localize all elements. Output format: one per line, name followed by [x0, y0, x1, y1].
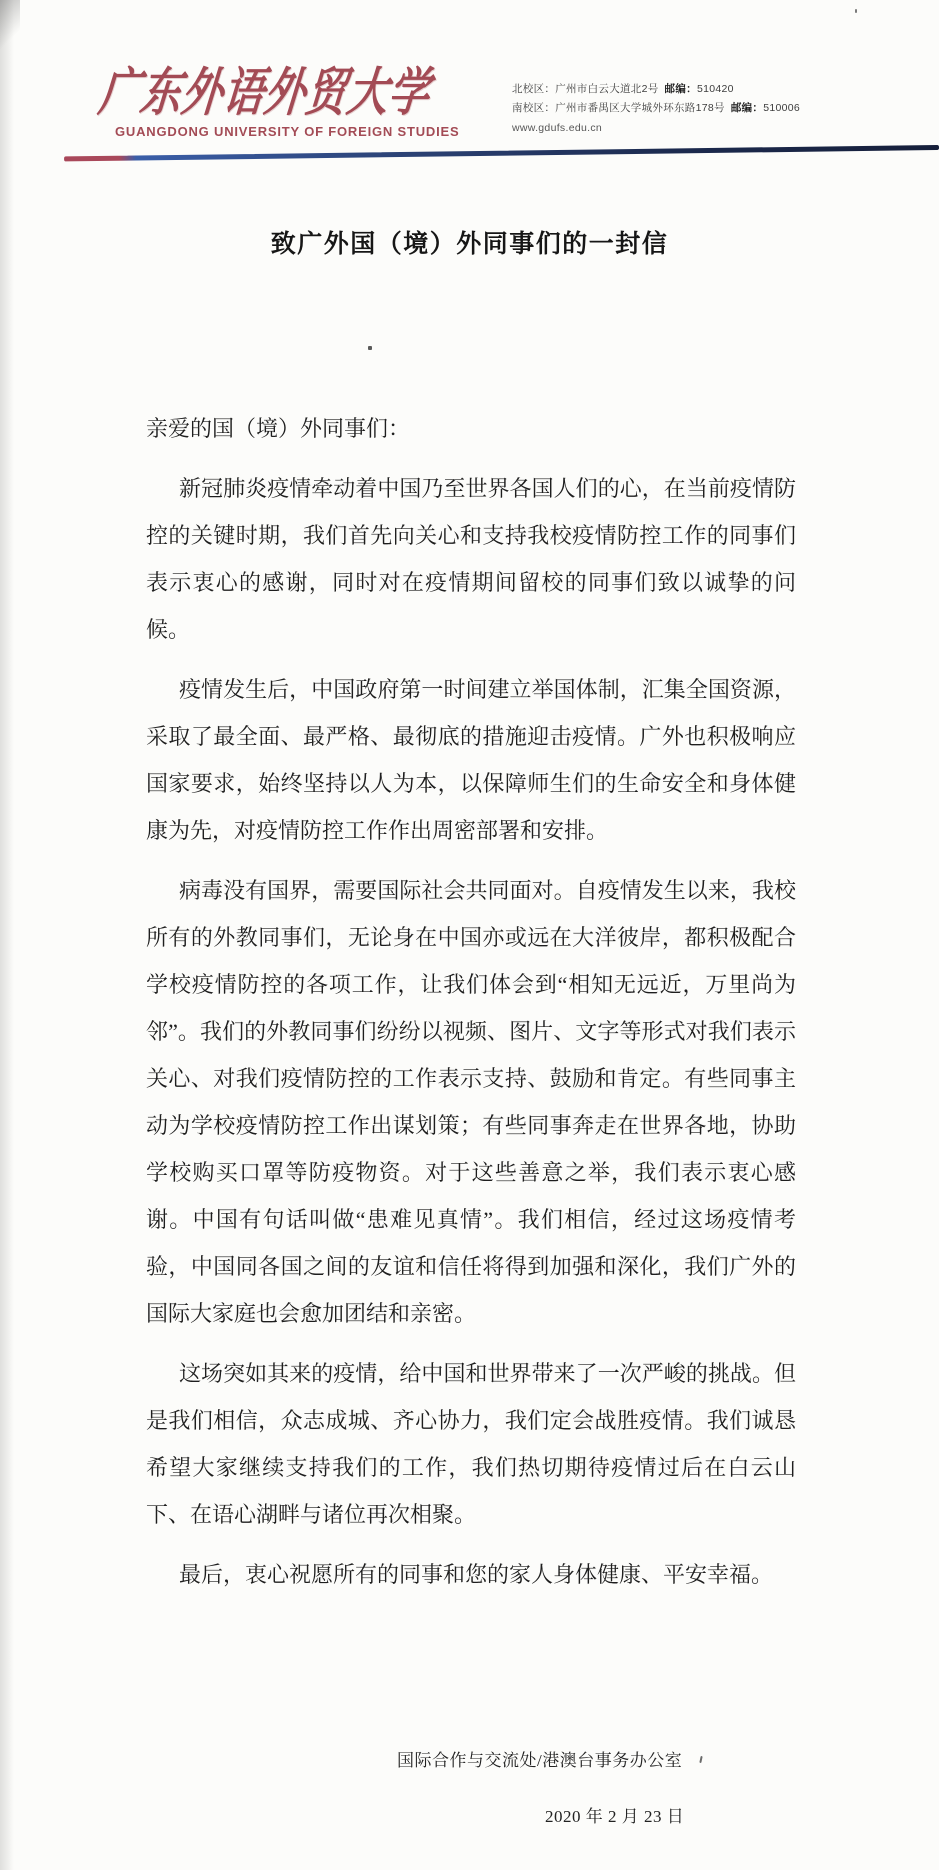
header-divider: [64, 145, 939, 161]
campus-label: 北校区：: [512, 83, 555, 95]
street-address: 广州市番禺区大学城外环东路178号: [555, 102, 725, 114]
address-line-south-campus: 南校区：广州市番禺区大学城外环东路178号邮编：510006: [512, 99, 800, 118]
university-logo-english: GUANGDONG UNIVERSITY OF FOREIGN STUDIES: [115, 124, 459, 139]
postal-label: 邮编：: [731, 102, 763, 114]
letter-page: 广东外语外贸大学 GUANGDONG UNIVERSITY OF FOREIGN…: [0, 0, 939, 1870]
postal-label: 邮编：: [665, 83, 697, 95]
campus-label: 南校区：: [512, 102, 555, 114]
letter-body: 亲爱的国（境）外同事们： 新冠肺炎疫情牵动着中国乃至世界各国人们的心，在当前疫情…: [146, 405, 796, 1611]
letter-title: 致广外国（境）外同事们的一封信: [0, 224, 939, 260]
university-logo-calligraphy: 广东外语外贸大学: [96, 50, 435, 125]
scan-speck: [699, 1756, 702, 1763]
address-line-north-campus: 北校区：广州市白云大道北2号邮编：510420: [512, 80, 800, 99]
postal-code: 510006: [763, 102, 800, 114]
street-address: 广州市白云大道北2号: [555, 83, 658, 95]
paragraph: 这场突如其来的疫情，给中国和世界带来了一次严峻的挑战。但是我们相信，众志成城、齐…: [146, 1350, 796, 1538]
postal-code: 510420: [697, 83, 734, 95]
paragraph: 最后，衷心祝愿所有的同事和您的家人身体健康、平安幸福。: [146, 1551, 796, 1598]
signature: 国际合作与交流处/港澳台事务办公室: [397, 1746, 682, 1771]
scan-edge-shade: [0, 0, 14, 1870]
website-url: www.gdufs.edu.cn: [512, 119, 800, 138]
paragraph: 病毒没有国界，需要国际社会共同面对。自疫情发生以来，我校所有的外教同事们，无论身…: [146, 867, 796, 1337]
scan-speck: [368, 346, 372, 350]
scan-speck: [855, 9, 857, 13]
scan-smudge: [0, 0, 20, 52]
paragraph: 新冠肺炎疫情牵动着中国乃至世界各国人们的心，在当前疫情防控的关键时期，我们首先向…: [146, 465, 796, 653]
letter-date: 2020 年 2 月 23 日: [545, 1802, 684, 1827]
address-block: 北校区：广州市白云大道北2号邮编：510420 南校区：广州市番禺区大学城外环东…: [512, 80, 800, 138]
paragraph: 疫情发生后，中国政府第一时间建立举国体制，汇集全国资源，采取了最全面、最严格、最…: [146, 666, 796, 854]
salutation: 亲爱的国（境）外同事们：: [146, 405, 796, 452]
